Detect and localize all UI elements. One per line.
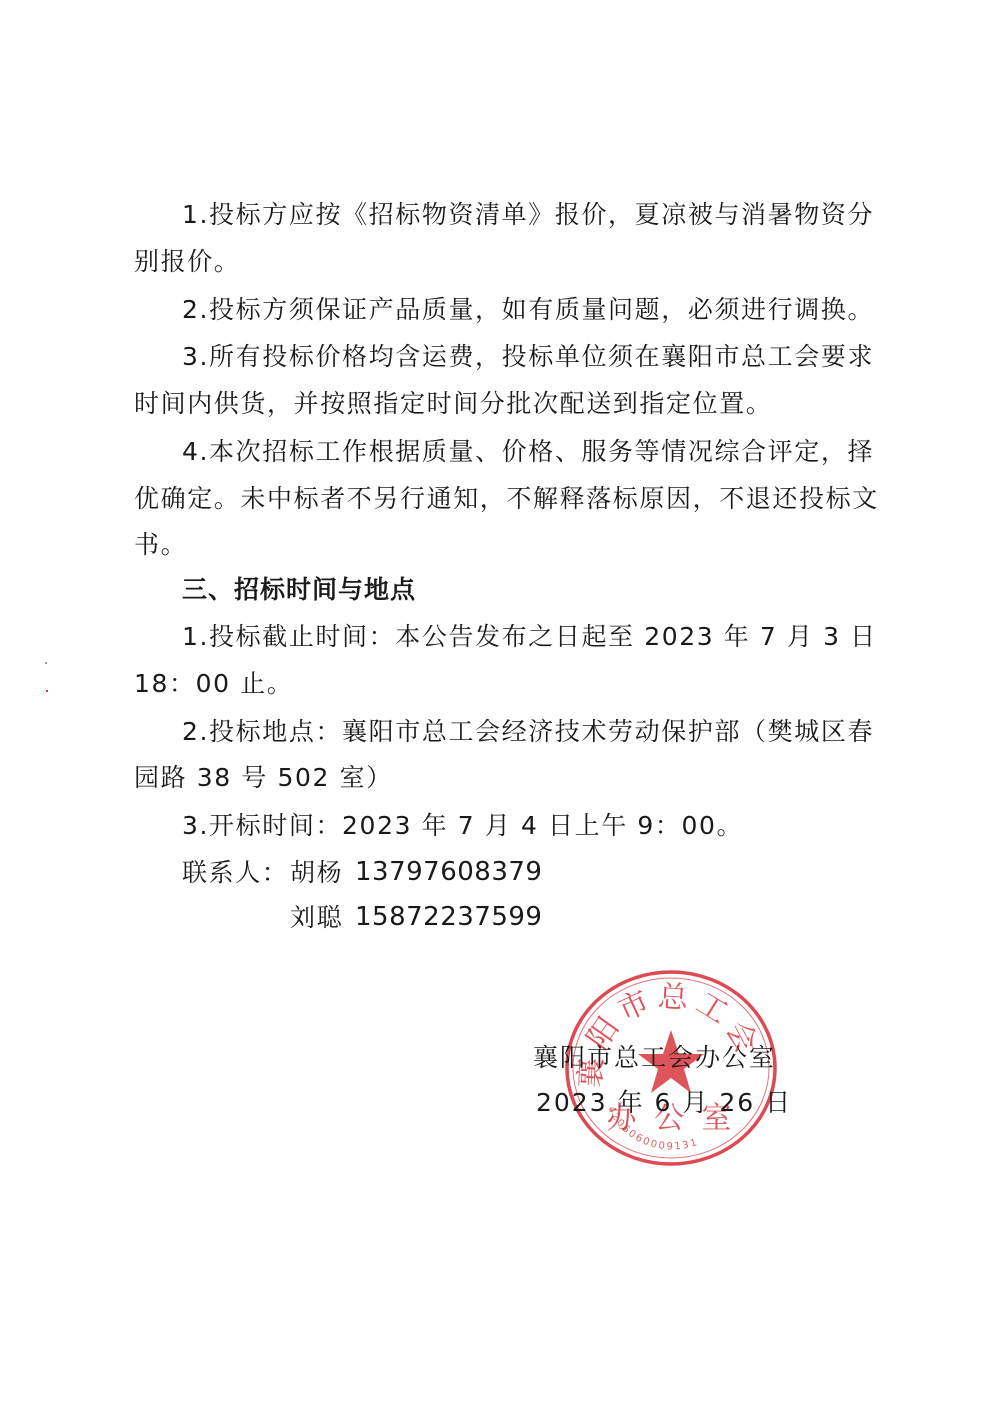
item-4-line-1: 4.本次招标工作根据质量、价格、服务等情况综合评定，择	[182, 437, 874, 467]
item-4-line-2: 优确定。未中标者不另行通知，不解释落标原因，不退还投标文	[134, 484, 879, 514]
scan-speck	[45, 662, 47, 664]
location-line-2: 园路 38 号 502 室）	[134, 763, 393, 793]
item-1-line-1: 1.投标方应按《招标物资清单》报价，夏凉被与消暑物资分	[182, 200, 874, 230]
contact-2-phone: 15872237599	[355, 902, 542, 932]
item-3-line-1: 3.所有投标价格均含运费，投标单位须在襄阳市总工会要求	[182, 342, 874, 372]
signature-organization: 襄阳市总工会办公室	[533, 1043, 776, 1073]
location-line-1: 2.投标地点：襄阳市总工会经济技术劳动保护部（樊城区春	[182, 717, 874, 747]
opening-time-line: 3.开标时间：2023 年 7 月 4 日上午 9：00。	[182, 811, 743, 841]
contact-2-name: 刘聪	[290, 903, 343, 933]
item-3-line-2: 时间内供货，并按照指定时间分批次配送到指定位置。	[134, 389, 772, 419]
item-4-line-3: 书。	[134, 530, 187, 560]
scan-speck	[46, 690, 48, 692]
signature-date: 2023 年 6 月 26 日	[536, 1088, 792, 1118]
contact-1-phone: 13797608379	[355, 857, 542, 887]
contact-1-name: 胡杨	[290, 858, 343, 888]
document-page: 1.投标方应按《招标物资清单》报价，夏凉被与消暑物资分 别报价。 2.投标方须保…	[0, 0, 1000, 1415]
item-1-line-2: 别报价。	[134, 247, 240, 277]
item-2-line-1: 2.投标方须保证产品质量，如有质量问题，必须进行调换。	[182, 295, 874, 325]
deadline-line-1: 1.投标截止时间：本公告发布之日起至 2023 年 7 月 3 日	[182, 622, 877, 652]
deadline-line-2: 18：00 止。	[134, 669, 293, 699]
contact-label: 联系人：	[182, 858, 288, 888]
section-3-heading: 三、招标时间与地点	[182, 575, 416, 605]
